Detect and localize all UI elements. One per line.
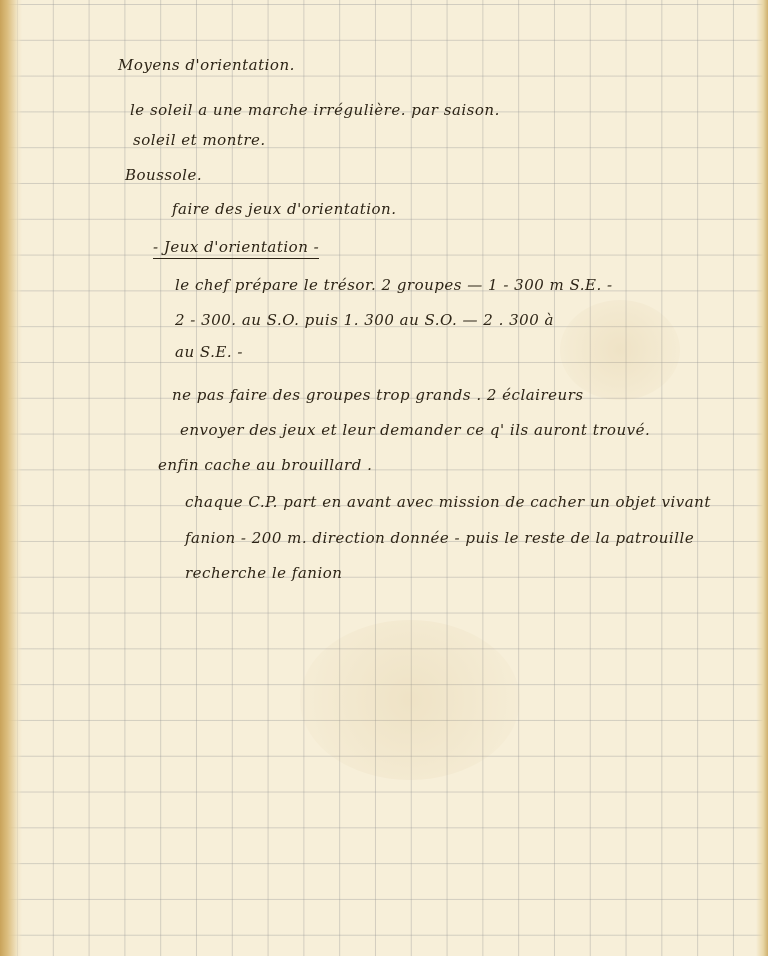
handwritten-line: 2 - 300. au S.O. puis 1. 300 au S.O. — 2… [175,311,554,329]
handwritten-line: Boussole. [125,166,202,184]
handwritten-line: le soleil a une marche irrégulière. par … [130,101,500,119]
paper-stain [560,300,680,400]
heading-text: Moyens d'orientation. [118,56,295,74]
handwritten-line: le chef prépare le trésor. 2 groupes — 1… [175,276,613,294]
handwritten-line: enfin cache au brouillard . [158,456,372,474]
underlined-subheading: - Jeux d'orientation - [153,238,319,259]
handwritten-line: soleil et montre. [133,131,266,149]
handwritten-line: chaque C.P. part en avant avec mission d… [185,493,711,511]
handwritten-line: faire des jeux d'orientation. [172,200,397,218]
handwritten-line: recherche le fanion [185,564,342,582]
subheading-text: - Jeux d'orientation - [153,238,319,256]
page-edge [756,0,768,956]
paper-stain [300,620,520,780]
handwritten-line: fanion - 200 m. direction donnée - puis … [185,529,694,547]
handwritten-line: au S.E. - [175,343,243,361]
handwritten-line: ne pas faire des groupes trop grands . 2… [172,386,584,404]
page-binding-shadow [0,0,22,956]
handwritten-line: envoyer des jeux et leur demander ce q' … [180,421,650,439]
notebook-page: Moyens d'orientation. le soleil a une ma… [0,0,768,956]
